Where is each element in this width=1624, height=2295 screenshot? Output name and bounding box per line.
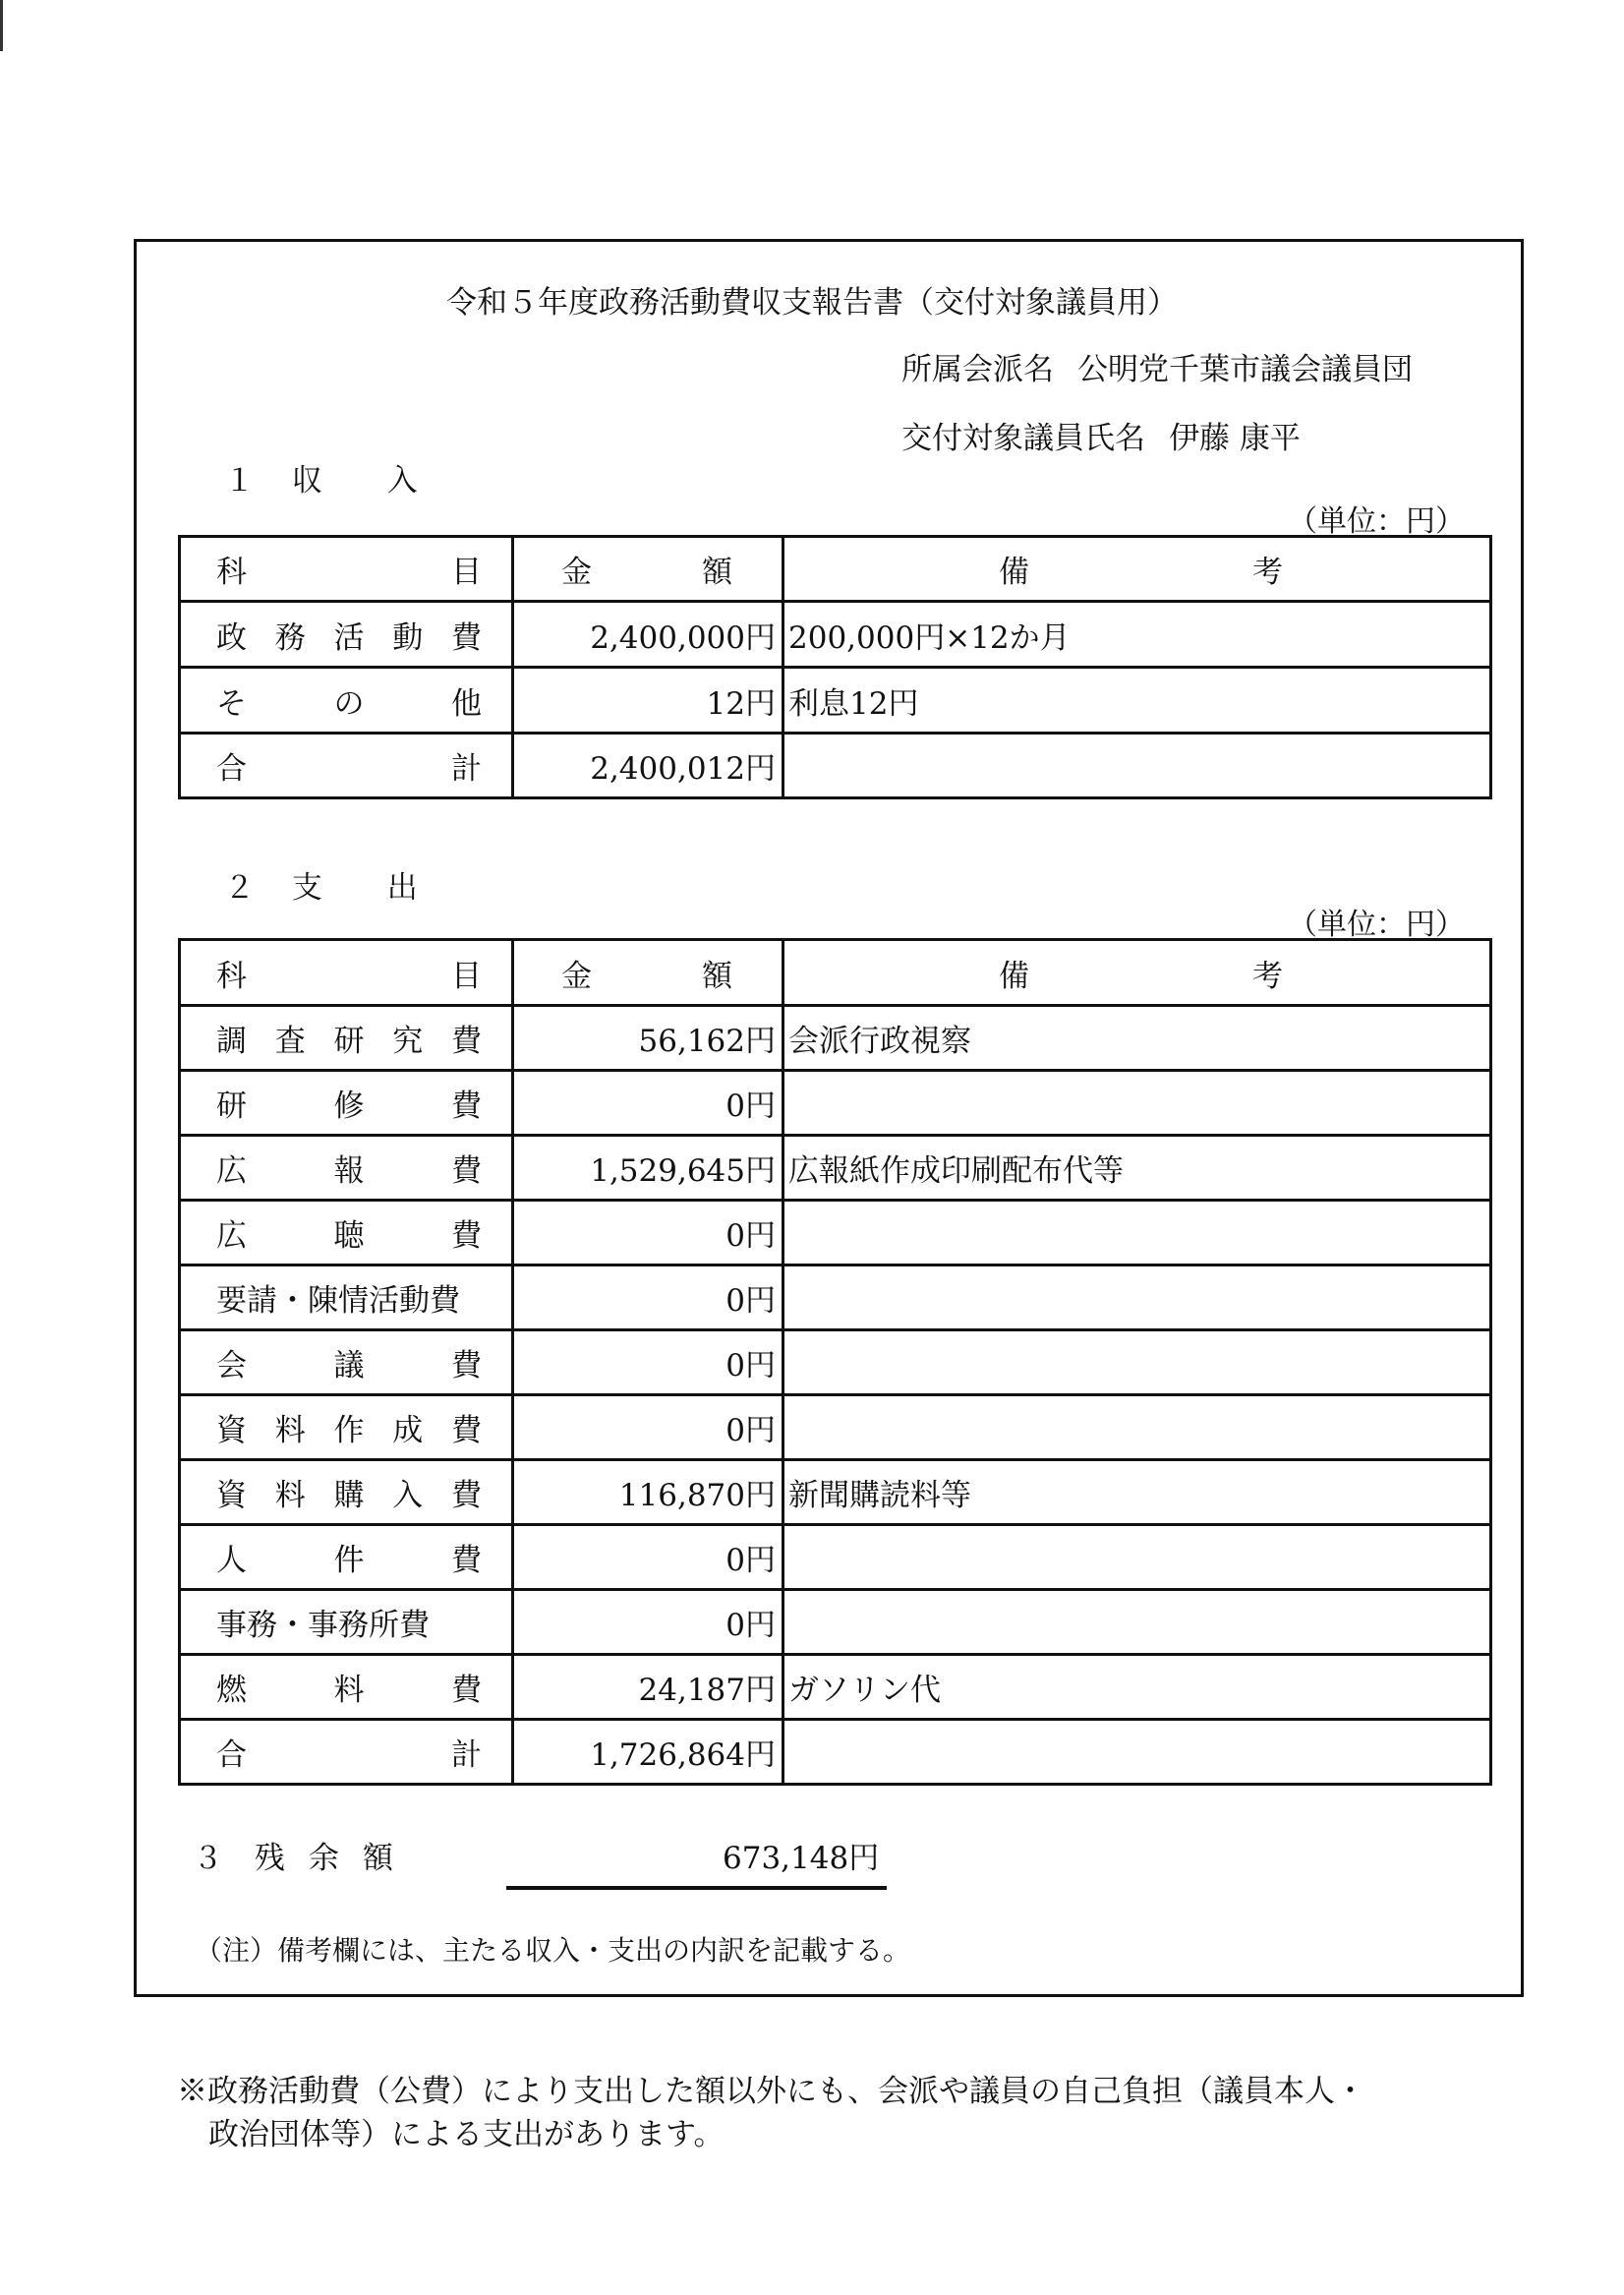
table-row: 人件費 0円 [180, 1525, 1491, 1590]
amount-cell: 56,162円 [513, 1006, 783, 1071]
note-cell [783, 1395, 1491, 1460]
expenditure-heading: ２ 支 出 [224, 862, 418, 907]
table-row: 広報費 1,529,645円 広報紙作成印刷配布代等 [180, 1136, 1491, 1201]
balance-underline [506, 1886, 887, 1890]
income-heading: １ 収 入 [224, 455, 418, 500]
expenditure-unit-label: （単位：円） [1288, 900, 1465, 943]
note-cell [783, 1265, 1491, 1330]
note-cell: 利息12円 [783, 668, 1491, 734]
amount-cell: 12円 [513, 668, 783, 734]
balance-heading: ３ 残余額 [193, 1833, 550, 1877]
remark-note: （注）備考欄には、主たる収入・支出の内訳を記載する。 [195, 1929, 910, 1969]
amount-cell: 1,529,645円 [513, 1136, 783, 1201]
note-cell [783, 1720, 1491, 1785]
income-heading-number: １ [224, 455, 255, 500]
note-cell [783, 1525, 1491, 1590]
table-row: 資料購入費 116,870円 新聞購読料等 [180, 1460, 1491, 1525]
amount-cell: 0円 [513, 1330, 783, 1395]
income-unit-label: （単位：円） [1288, 497, 1465, 540]
table-header-row: 科目 金額 備考 [180, 537, 1491, 602]
note-cell: 新聞購読料等 [783, 1460, 1491, 1525]
table-row: 研修費 0円 [180, 1071, 1491, 1136]
amount-cell: 2,400,000円 [513, 602, 783, 668]
table-row: 会議費 0円 [180, 1330, 1491, 1395]
footnote-line-1: ※政務活動費（公費）により支出した額以外にも、会派や議員の自己負担（議員本人・ [177, 2074, 1365, 2109]
table-row-total: 合計 2,400,012円 [180, 734, 1491, 798]
amount-cell: 0円 [513, 1525, 783, 1590]
faction-name: 公明党千葉市議会議員団 [1077, 352, 1413, 387]
table-row: 調査研究費 56,162円 会派行政視察 [180, 1006, 1491, 1071]
note-cell: ガソリン代 [783, 1655, 1491, 1720]
note-cell [783, 734, 1491, 798]
balance-value: 673,148円 [723, 1833, 879, 1877]
member-label: 交付対象議員氏名 [901, 413, 1145, 457]
table-row: 資料作成費 0円 [180, 1395, 1491, 1460]
amount-cell: 1,726,864円 [513, 1720, 783, 1785]
balance-heading-number: ３ [193, 1841, 223, 1876]
report-title: 令和５年度政務活動費収支報告書（交付対象議員用） [0, 277, 1624, 322]
table-row-total: 合計 1,726,864円 [180, 1720, 1491, 1785]
expenditure-heading-number: ２ [224, 862, 255, 907]
member-info: 交付対象議員氏名伊藤 康平 [901, 413, 1301, 457]
note-cell: 広報紙作成印刷配布代等 [783, 1136, 1491, 1201]
faction-info: 所属会派名公明党千葉市議会議員団 [901, 344, 1413, 388]
table-row: 燃料費 24,187円 ガソリン代 [180, 1655, 1491, 1720]
table-row: その他 12円 利息12円 [180, 668, 1491, 734]
table-row: 広聴費 0円 [180, 1201, 1491, 1265]
expenditure-table: 科目 金額 備考 調査研究費 56,162円 会派行政視察 研修費 0円 広報費… [178, 938, 1492, 1786]
amount-cell: 24,187円 [513, 1655, 783, 1720]
table-row: 政務活動費 2,400,000円 200,000円×12か月 [180, 602, 1491, 668]
footnote-line-2: 政治団体等）による支出があります。 [177, 2113, 1365, 2156]
note-cell [783, 1590, 1491, 1655]
table-row: 要請・陳情活動費 0円 [180, 1265, 1491, 1330]
table-row: 事務・事務所費 0円 [180, 1590, 1491, 1655]
balance-label: 残余額 [255, 1833, 550, 1877]
amount-cell: 2,400,012円 [513, 734, 783, 798]
note-cell [783, 1330, 1491, 1395]
note-cell [783, 1201, 1491, 1265]
amount-cell: 0円 [513, 1395, 783, 1460]
table-header-row: 科目 金額 備考 [180, 940, 1491, 1006]
footnote: ※政務活動費（公費）により支出した額以外にも、会派や議員の自己負担（議員本人・ … [177, 2070, 1365, 2156]
amount-cell: 0円 [513, 1201, 783, 1265]
member-name: 伊藤 康平 [1169, 421, 1301, 456]
income-table: 科目 金額 備考 政務活動費 2,400,000円 200,000円×12か月 … [178, 535, 1492, 799]
scan-edge-artifact [0, 0, 3, 51]
note-cell: 会派行政視察 [783, 1006, 1491, 1071]
amount-cell: 0円 [513, 1071, 783, 1136]
amount-cell: 0円 [513, 1265, 783, 1330]
amount-cell: 0円 [513, 1590, 783, 1655]
amount-cell: 116,870円 [513, 1460, 783, 1525]
note-cell [783, 1071, 1491, 1136]
faction-label: 所属会派名 [901, 344, 1054, 388]
note-cell: 200,000円×12か月 [783, 602, 1491, 668]
